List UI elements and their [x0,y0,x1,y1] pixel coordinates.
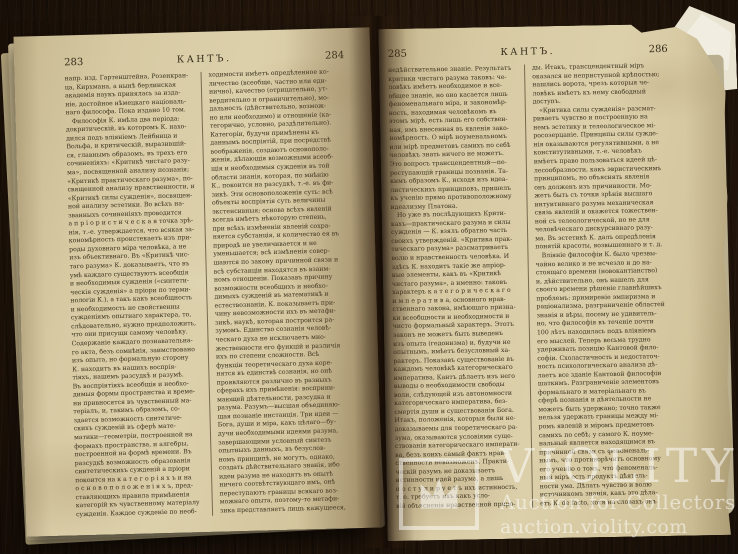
text-column-283: напр. изд. Гартенштейна, Розенкран- ца, … [65,72,213,520]
book-page-right: 285 КАНТЪ. 286 недѣйствительное знаніе. … [378,23,733,541]
page-header: 285 КАНТЪ. 286 [388,44,668,60]
text-column-285: недѣйствительное знаніе. Результатъ крит… [388,65,532,512]
page-number-left: 283 [64,57,83,68]
text-column-286: ды. Итакъ, трансцендентный міръ оказался… [524,62,676,509]
running-title: КАНТЪ. [500,46,555,58]
book-photograph: 283 КАНТЪ. 284 напр. изд. Гартенштейна, … [0,0,738,554]
text-columns: недѣйствительное знаніе. Результатъ крит… [388,62,676,511]
running-title: КАНТЪ. [177,53,232,65]
page-number-right: 284 [325,50,344,61]
page-number-left: 285 [388,49,407,60]
page-number-right: 286 [649,44,668,55]
book-page-left: 283 КАНТЪ. 284 напр. изд. Гартенштейна, … [14,27,383,536]
text-column-284: ходимости имѣетъ опредѣленное ко- личест… [201,68,357,516]
page-header: 283 КАНТЪ. 284 [64,50,344,68]
text-columns: напр. изд. Гартенштейна, Розенкран- ца, … [65,68,357,520]
